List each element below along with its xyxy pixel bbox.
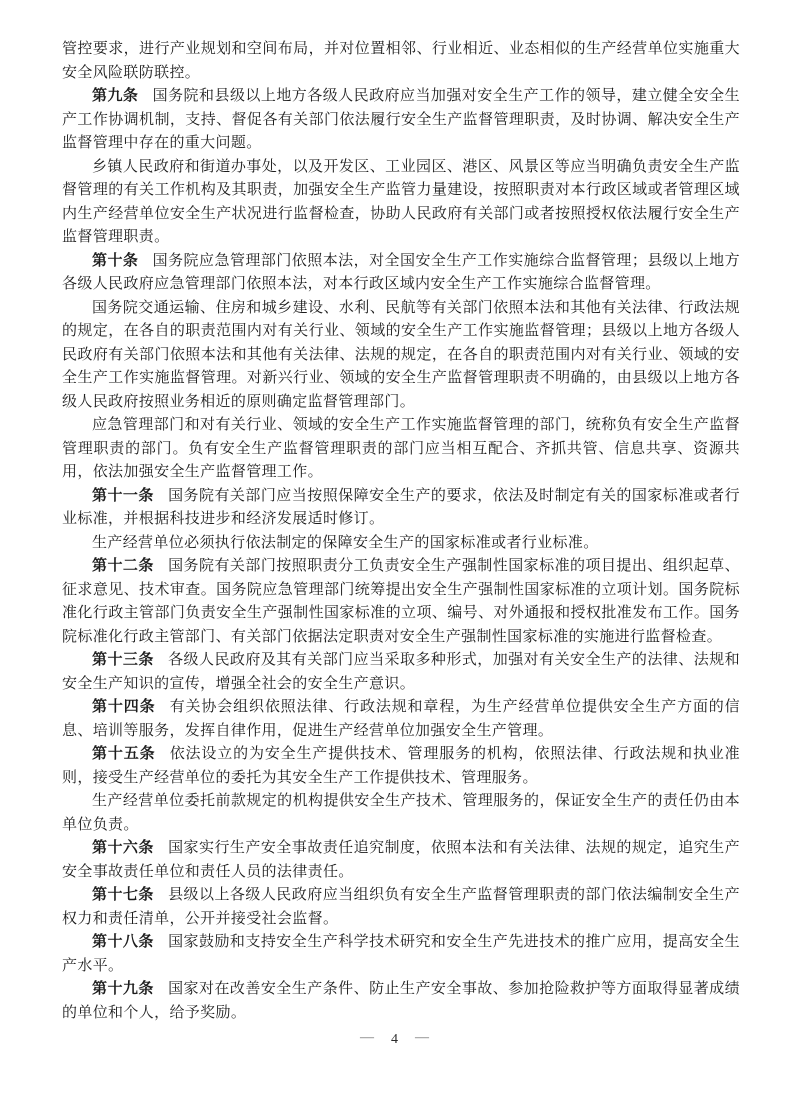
paragraph-text: 各级人民政府及其有关部门应当采取多种形式，加强对有关安全生产的法律、法规和安全生… <box>62 652 740 692</box>
page-footer: —4— <box>0 1032 790 1048</box>
paragraph: 第十六条国家实行生产安全事故责任追究制度，依照本法和有关法律、法规的规定，追究生… <box>62 837 740 884</box>
paragraph: 第九条国务院和县级以上地方各级人民政府应当加强对安全生产工作的领导，建立健全安全… <box>62 85 740 156</box>
paragraph: 第十四条有关协会组织依照法律、行政法规和章程，为生产经营单位提供安全生产方面的信… <box>62 696 740 743</box>
paragraph-text: 生产经营单位必须执行依法制定的保障安全生产的国家标准或者行业标准。 <box>92 535 599 551</box>
document-body: 管控要求，进行产业规划和空间布局，并对位置相邻、行业相近、业态相似的生产经营单位… <box>62 38 740 1025</box>
paragraph-text: 乡镇人民政府和街道办事处，以及开发区、工业园区、港区、风景区等应当明确负责安全生… <box>62 159 740 246</box>
paragraph: 第十三条各级人民政府及其有关部门应当采取多种形式，加强对有关安全生产的法律、法规… <box>62 649 740 696</box>
article-number: 第十九条 <box>92 981 154 997</box>
paragraph-text: 国务院交通运输、住房和城乡建设、水利、民航等有关部门依照本法和其他有关法律、行政… <box>62 300 740 410</box>
article-number: 第十条 <box>92 253 138 269</box>
article-number: 第十三条 <box>92 652 154 668</box>
paragraph: 生产经营单位必须执行依法制定的保障安全生产的国家标准或者行业标准。 <box>62 532 740 556</box>
article-number: 第十一条 <box>92 488 154 504</box>
paragraph: 乡镇人民政府和街道办事处，以及开发区、工业园区、港区、风景区等应当明确负责安全生… <box>62 156 740 250</box>
paragraph: 第十条国务院应急管理部门依照本法，对全国安全生产工作实施综合监督管理；县级以上地… <box>62 250 740 297</box>
article-number: 第十六条 <box>92 840 154 856</box>
paragraph: 第十七条县级以上各级人民政府应当组织负有安全生产监督管理职责的部门依法编制安全生… <box>62 884 740 931</box>
article-number: 第十四条 <box>92 699 155 715</box>
paragraph-text: 国家对在改善安全生产条件、防止生产安全事故、参加抢险救护等方面取得显著成绩的单位… <box>62 981 740 1021</box>
paragraph: 生产经营单位委托前款规定的机构提供安全生产技术、管理服务的，保证安全生产的责任仍… <box>62 790 740 837</box>
paragraph-text: 国家实行生产安全事故责任追究制度，依照本法和有关法律、法规的规定，追究生产安全事… <box>62 840 740 880</box>
paragraph-text: 国务院有关部门按照职责分工负责安全生产强制性国家标准的项目提出、组织起草、征求意… <box>62 558 740 645</box>
paragraph: 第十九条国家对在改善安全生产条件、防止生产安全事故、参加抢险救护等方面取得显著成… <box>62 978 740 1025</box>
article-number: 第十五条 <box>92 746 155 762</box>
paragraph-text: 国家鼓励和支持安全生产科学技术研究和安全生产先进技术的推广应用，提高安全生产水平… <box>62 934 740 974</box>
paragraph-text: 国务院和县级以上地方各级人民政府应当加强对安全生产工作的领导，建立健全安全生产工… <box>62 88 740 151</box>
paragraph-text: 生产经营单位委托前款规定的机构提供安全生产技术、管理服务的，保证安全生产的责任仍… <box>62 793 740 833</box>
page-number: 4 <box>391 1032 399 1047</box>
paragraph-text: 管控要求，进行产业规划和空间布局，并对位置相邻、行业相近、业态相似的生产经营单位… <box>62 41 740 81</box>
article-number: 第九条 <box>92 88 138 104</box>
document-page: 管控要求，进行产业规划和空间布局，并对位置相邻、行业相近、业态相似的生产经营单位… <box>0 0 790 1096</box>
paragraph-text: 依法设立的为安全生产提供技术、管理服务的机构，依照法律、行政法规和执业准则，接受… <box>62 746 740 786</box>
paragraph: 第十五条依法设立的为安全生产提供技术、管理服务的机构，依照法律、行政法规和执业准… <box>62 743 740 790</box>
paragraph: 第十二条国务院有关部门按照职责分工负责安全生产强制性国家标准的项目提出、组织起草… <box>62 555 740 649</box>
paragraph: 第十八条国家鼓励和支持安全生产科学技术研究和安全生产先进技术的推广应用，提高安全… <box>62 931 740 978</box>
paragraph: 第十一条国务院有关部门应当按照保障安全生产的要求，依法及时制定有关的国家标准或者… <box>62 485 740 532</box>
article-number: 第十二条 <box>92 558 154 574</box>
paragraph-text: 县级以上各级人民政府应当组织负有安全生产监督管理职责的部门依法编制安全生产权力和… <box>62 887 740 927</box>
article-number: 第十八条 <box>92 934 154 950</box>
paragraph-text: 国务院应急管理部门依照本法，对全国安全生产工作实施综合监督管理；县级以上地方各级… <box>62 253 740 293</box>
footer-dash-right: — <box>415 1030 430 1046</box>
paragraph: 国务院交通运输、住房和城乡建设、水利、民航等有关部门依照本法和其他有关法律、行政… <box>62 297 740 415</box>
paragraph: 应急管理部门和对有关行业、领域的安全生产工作实施监督管理的部门，统称负有安全生产… <box>62 414 740 485</box>
paragraph: 管控要求，进行产业规划和空间布局，并对位置相邻、行业相近、业态相似的生产经营单位… <box>62 38 740 85</box>
paragraph-text: 有关协会组织依照法律、行政法规和章程，为生产经营单位提供安全生产方面的信息、培训… <box>62 699 740 739</box>
paragraph-text: 应急管理部门和对有关行业、领域的安全生产工作实施监督管理的部门，统称负有安全生产… <box>62 417 740 480</box>
footer-dash-left: — <box>360 1030 375 1046</box>
article-number: 第十七条 <box>92 887 154 903</box>
paragraph-text: 国务院有关部门应当按照保障安全生产的要求，依法及时制定有关的国家标准或者行业标准… <box>62 488 740 528</box>
